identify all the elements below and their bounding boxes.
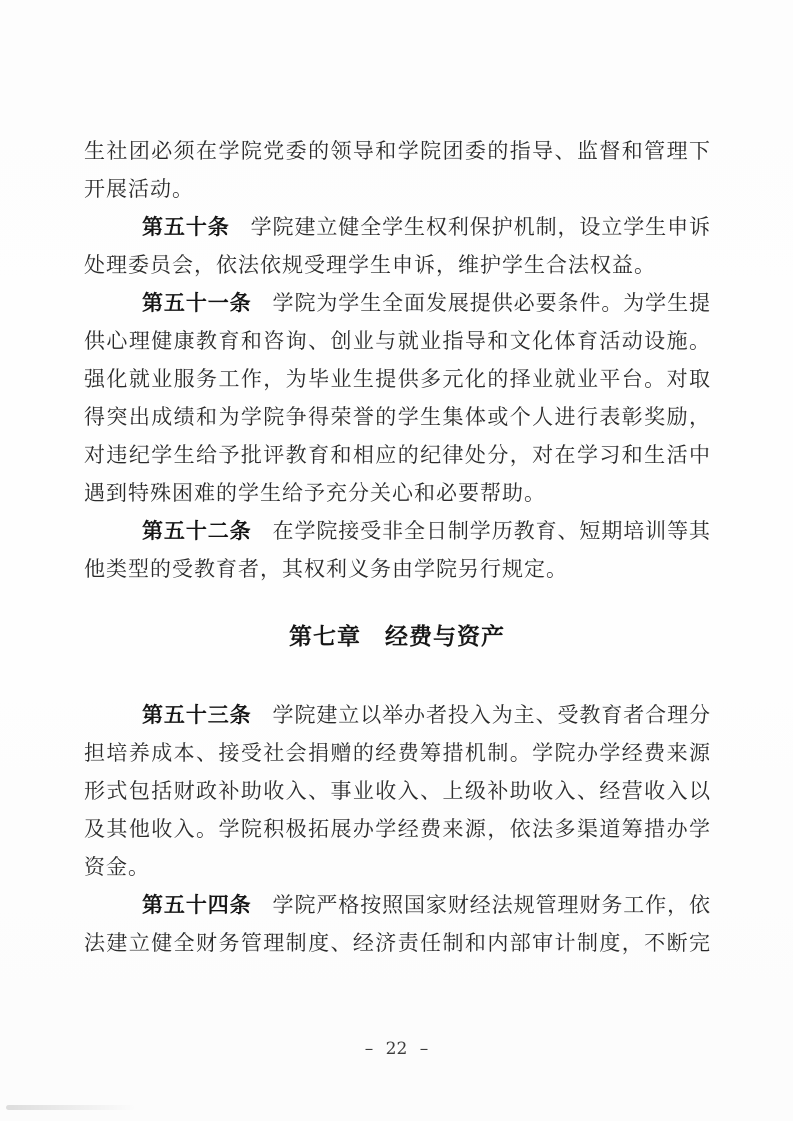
article-number: 第五十一条 — [142, 291, 252, 315]
body-line: 供心理健康教育和咨询、创业与就业指导和文化体育活动设施。 — [84, 322, 710, 360]
line-text: 法建立健全财务管理制度、经济责任制和内部审计制度，不断完 — [84, 931, 710, 955]
line-text: 强化就业服务工作，为毕业生提供多元化的择业就业平台。对取 — [84, 367, 710, 391]
line-text: 遇到特殊困难的学生给予充分关心和必要帮助。 — [84, 481, 546, 505]
body-line: 及其他收入。学院积极拓展办学经费来源，依法多渠道筹措办学 — [84, 810, 710, 848]
body-line: 对违纪学生给予批评教育和相应的纪律处分，对在学习和生活中 — [84, 436, 710, 474]
line-text: 及其他收入。学院积极拓展办学经费来源，依法多渠道筹措办学 — [84, 817, 710, 841]
line-text: 学院建立健全学生权利保护机制，设立学生申诉 — [250, 215, 710, 239]
body-line: 生社团必须在学院党委的领导和学院团委的指导、监督和管理下 — [84, 132, 710, 170]
line-text: 处理委员会，依法依规受理学生申诉，维护学生合法权益。 — [84, 253, 656, 277]
article-number: 第五十四条 — [142, 893, 252, 917]
article-line: 第五十一条学院为学生全面发展提供必要条件。为学生提 — [84, 284, 710, 322]
scan-smudge-artifact — [6, 1105, 136, 1110]
body-line: 担培养成本、接受社会捐赠的经费筹措机制。学院办学经费来源 — [84, 734, 710, 772]
article-line: 第五十四条学院严格按照国家财经法规管理财务工作，依 — [84, 886, 710, 924]
line-text: 学院为学生全面发展提供必要条件。为学生提 — [272, 291, 710, 315]
document-lines: 生社团必须在学院党委的领导和学院团委的指导、监督和管理下开展活动。第五十条学院建… — [84, 132, 710, 962]
line-text: 担培养成本、接受社会捐赠的经费筹措机制。学院办学经费来源 — [84, 741, 710, 765]
line-text: 他类型的受教育者，其权利义务由学院另行规定。 — [84, 557, 568, 581]
body-line: 资金。 — [84, 848, 710, 886]
body-line: 强化就业服务工作，为毕业生提供多元化的择业就业平台。对取 — [84, 360, 710, 398]
body-line: 他类型的受教育者，其权利义务由学院另行规定。 — [84, 550, 710, 588]
article-number: 第五十三条 — [142, 703, 252, 727]
article-line: 第五十二条在学院接受非全日制学历教育、短期培训等其 — [84, 512, 710, 550]
body-line: 形式包括财政补助收入、事业收入、上级补助收入、经营收入以 — [84, 772, 710, 810]
body-line: 得突出成绩和为学院争得荣誉的学生集体或个人进行表彰奖励， — [84, 398, 710, 436]
line-text: 供心理健康教育和咨询、创业与就业指导和文化体育活动设施。 — [84, 329, 710, 353]
article-line: 第五十条学院建立健全学生权利保护机制，设立学生申诉 — [84, 208, 710, 246]
body-line: 处理委员会，依法依规受理学生申诉，维护学生合法权益。 — [84, 246, 710, 284]
chapter-heading: 第七章 经费与资产 — [84, 618, 710, 656]
body-line: 法建立健全财务管理制度、经济责任制和内部审计制度，不断完 — [84, 924, 710, 962]
line-text: 形式包括财政补助收入、事业收入、上级补助收入、经营收入以 — [84, 779, 710, 803]
article-number: 第五十条 — [142, 215, 230, 239]
line-text: 学院建立以举办者投入为主、受教育者合理分 — [272, 703, 710, 727]
body-line: 开展活动。 — [84, 170, 710, 208]
body-line: 遇到特殊困难的学生给予充分关心和必要帮助。 — [84, 474, 710, 512]
page-number: – 22 – — [0, 1038, 793, 1060]
line-text: 开展活动。 — [84, 177, 194, 201]
line-text: 生社团必须在学院党委的领导和学院团委的指导、监督和管理下 — [84, 139, 710, 163]
article-number: 第五十二条 — [142, 519, 252, 543]
line-text: 对违纪学生给予批评教育和相应的纪律处分，对在学习和生活中 — [84, 443, 710, 467]
line-text: 资金。 — [84, 855, 150, 879]
document-page: 生社团必须在学院党委的领导和学院团委的指导、监督和管理下开展活动。第五十条学院建… — [0, 0, 793, 1121]
line-text: 在学院接受非全日制学历教育、短期培训等其 — [272, 519, 710, 543]
article-line: 第五十三条学院建立以举办者投入为主、受教育者合理分 — [84, 696, 710, 734]
line-text: 学院严格按照国家财经法规管理财务工作，依 — [272, 893, 710, 917]
line-text: 得突出成绩和为学院争得荣誉的学生集体或个人进行表彰奖励， — [84, 405, 710, 429]
